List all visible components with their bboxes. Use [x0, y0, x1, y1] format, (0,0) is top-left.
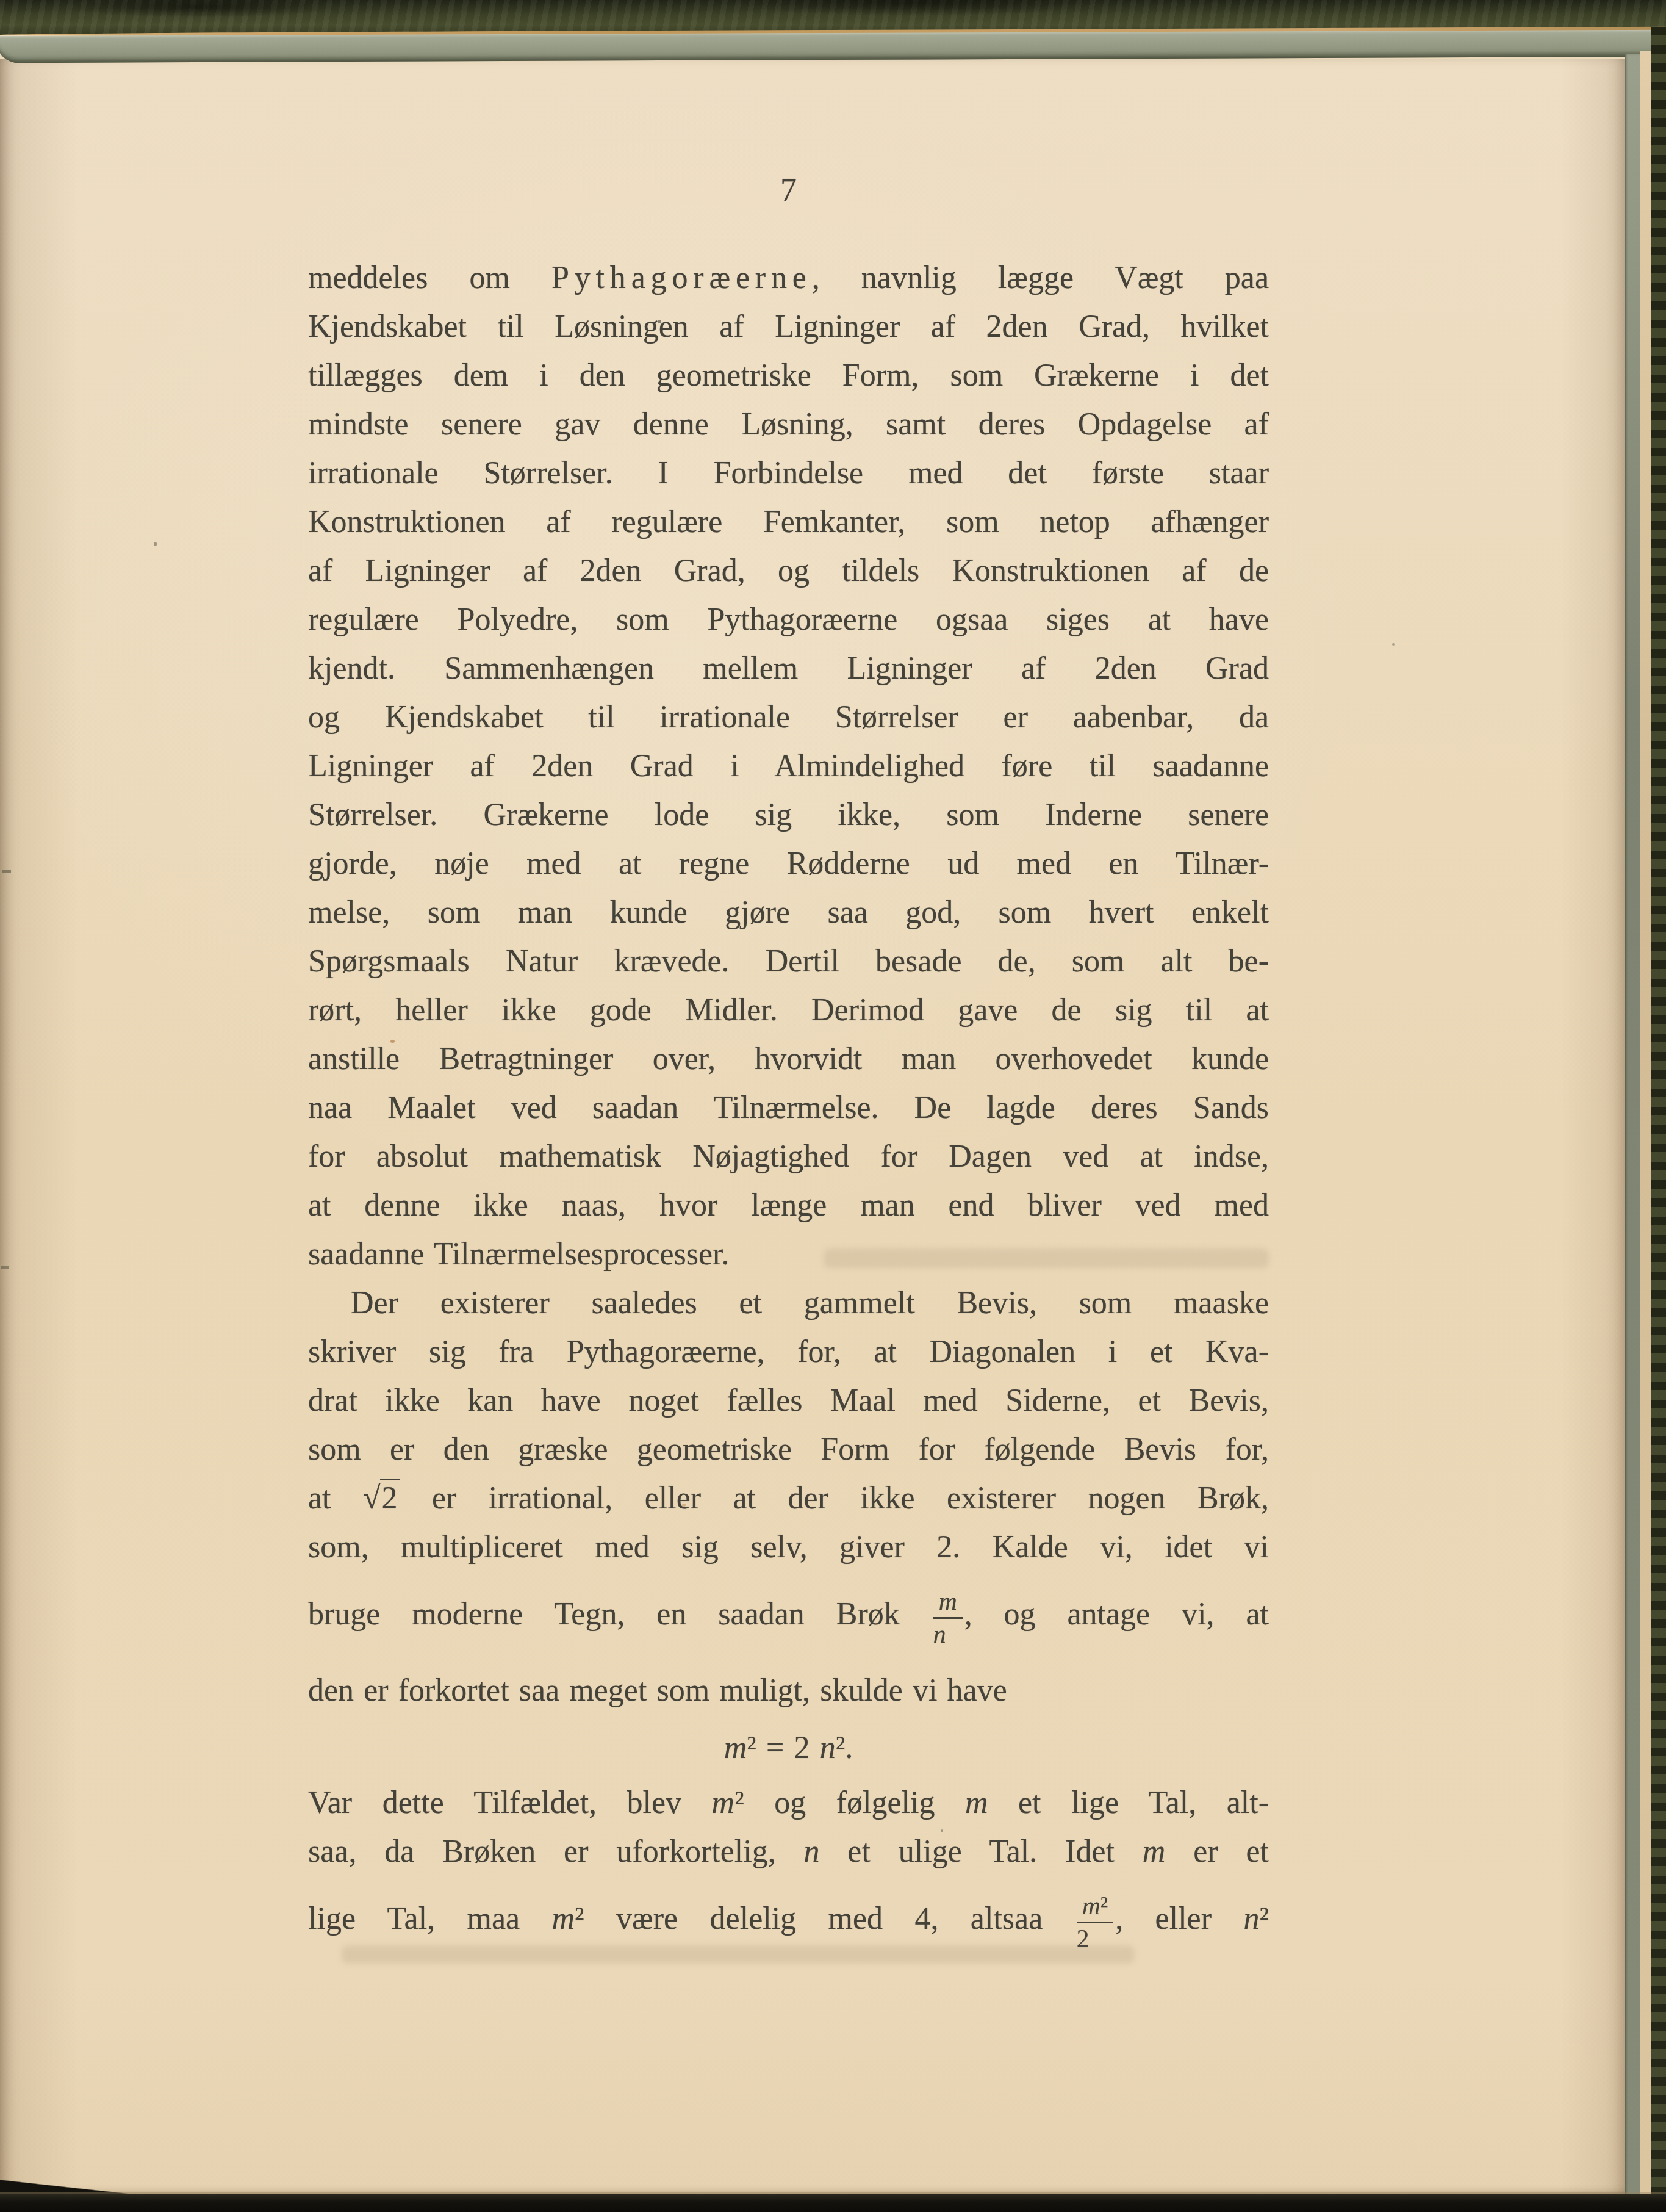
show-through-ghost — [824, 1248, 1269, 1268]
math-variable: m — [1143, 1834, 1166, 1869]
text-line: mindste senere gav denne Løsning, samt d… — [308, 400, 1269, 449]
page-number: 7 — [308, 175, 1269, 205]
text-line: drat ikke kan have noget fælles Maal med… — [308, 1377, 1269, 1425]
paper-speck — [390, 1040, 395, 1043]
text-line: som, multipliceret med sig selv, giver 2… — [308, 1523, 1269, 1572]
text-line: Konstruktionen af regulære Femkanter, so… — [308, 498, 1269, 547]
text-line: regulære Polyedre, som Pythagoræerne ogs… — [308, 596, 1269, 644]
text-line: at √2 er irrational, eller at der ikke e… — [308, 1474, 1269, 1523]
inline-fraction: mn — [933, 1588, 963, 1648]
book-cover-right-edge — [1651, 27, 1666, 2212]
text-line: Størrelser. Grækerne lode sig ikke, som … — [308, 791, 1269, 840]
text-line: Ligninger af 2den Grad i Almindelighed f… — [308, 742, 1269, 791]
math-variable: m — [939, 1587, 957, 1615]
math-variable: m — [712, 1785, 735, 1820]
paper-speck — [658, 320, 661, 323]
scan-bottom-shadow — [0, 2194, 1666, 2212]
text-line: gjorde, nøje med at regne Rødderne ud me… — [308, 840, 1269, 888]
text-block: 7 meddeles om Pythagoræerne, navnlig læg… — [308, 175, 1269, 1971]
text-line: lige Tal, maa m² være delelig med 4, alt… — [308, 1892, 1269, 1953]
text-line: meddeles om Pythagoræerne, navnlig lægge… — [308, 254, 1269, 303]
paper-speck — [682, 1504, 686, 1507]
text-line: bruge moderne Tegn, en saadan Brøk mn, o… — [308, 1588, 1269, 1648]
math-variable: m — [965, 1785, 988, 1820]
text-line: at denne ikke naas, hvor længe man end b… — [308, 1181, 1269, 1230]
text-line: tillægges dem i den geometriske Form, so… — [308, 351, 1269, 400]
binding-mark — [1, 1266, 9, 1269]
page-block-right-edge — [1625, 54, 1642, 2196]
math-variable: m — [724, 1731, 747, 1765]
text-line: Spørgsmaals Natur krævede. Dertil besade… — [308, 937, 1269, 986]
text-line: og Kjendskabet til irrationale Størrelse… — [308, 693, 1269, 742]
text-line: irrationale Størrelser. I Forbindelse me… — [308, 449, 1269, 498]
math-variable: n — [933, 1620, 946, 1648]
math-variable: n — [820, 1731, 836, 1765]
text-line: for absolut mathematisk Nøjagtighed for … — [308, 1133, 1269, 1181]
inline-fraction: m²2 — [1077, 1892, 1114, 1953]
paper-speck — [941, 1829, 943, 1832]
text-line: skriver sig fra Pythagoræerne, for, at D… — [308, 1328, 1269, 1377]
math-variable: m — [552, 1901, 575, 1936]
text-line: naa Maalet ved saadan Tilnærmelse. De la… — [308, 1084, 1269, 1133]
book-page-scan: 7 meddeles om Pythagoræerne, navnlig læg… — [0, 0, 1666, 2212]
paper-speck — [1392, 643, 1395, 646]
text-line: af Ligninger af 2den Grad, og tildels Ko… — [308, 547, 1269, 596]
text-line: som er den græske geometriske Form for f… — [308, 1425, 1269, 1474]
text-line: anstille Betragtninger over, hvorvidt ma… — [308, 1035, 1269, 1084]
text-line: Kjendskabet til Løsningen af Ligninger a… — [308, 303, 1269, 351]
display-formula: m² = 2 n². — [308, 1724, 1269, 1773]
flyleaf-right-edge — [1640, 51, 1653, 2197]
sqrt-symbol: √2 — [363, 1481, 400, 1516]
text-line: den er forkortet saa meget som muligt, s… — [308, 1666, 1269, 1715]
text-line: kjendt. Sammenhængen mellem Ligninger af… — [308, 644, 1269, 693]
text-line: rørt, heller ikke gode Midler. Derimod g… — [308, 986, 1269, 1035]
text-line: saa, da Brøken er uforkortelig, n et uli… — [308, 1828, 1269, 1876]
binding-mark — [2, 870, 11, 873]
letterspaced-word: Pythagoræerne — [551, 261, 812, 295]
show-through-ghost — [342, 1945, 1135, 1964]
math-variable: m — [1082, 1892, 1100, 1920]
math-variable: n — [804, 1834, 820, 1869]
text-line: melse, som man kunde gjøre saa god, som … — [308, 888, 1269, 937]
math-variable: n — [1243, 1901, 1259, 1936]
paper-speck — [154, 542, 157, 546]
text-line: Var dette Tilfældet, blev m² og følgelig… — [308, 1779, 1269, 1828]
book-page: 7 meddeles om Pythagoræerne, navnlig læg… — [0, 59, 1628, 2194]
text-line: Der existerer saaledes et gammelt Bevis,… — [308, 1279, 1269, 1328]
